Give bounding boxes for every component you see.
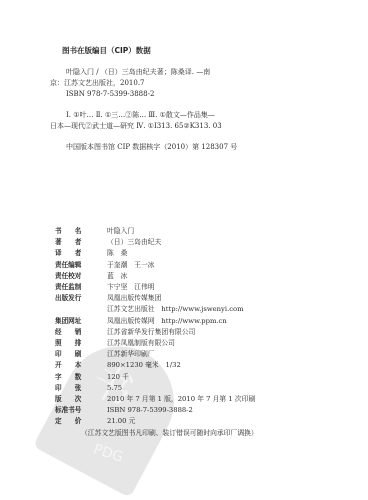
- watermark-text: PDG: [91, 441, 125, 466]
- row-word-count: 字 数120 千: [55, 372, 258, 383]
- value: 凤凰出版传媒网 http://www.ppm.cn: [107, 316, 227, 327]
- cip-block: 图书在版编目（CIP）数据 叶隐入门 / （日）三岛由纪夫著；陈桑译. —南 京…: [62, 45, 332, 153]
- label: 集团网址: [55, 316, 107, 327]
- value: ISBN 978-7-5399-3888-2: [107, 405, 193, 416]
- row-printer: 印 刷江苏新华印刷厂: [55, 349, 258, 360]
- cip-isbn: ISBN 978-7-5399-3888-2: [62, 89, 332, 100]
- row-typesetting: 照 排江苏凤凰制版有限公司: [55, 338, 258, 349]
- row-distributor: 经 销江苏省新华发行集团有限公司: [55, 327, 258, 338]
- value: 凤凰出版传媒集团: [107, 293, 161, 304]
- value: 江苏新华印刷厂: [107, 349, 155, 360]
- label: 定 价: [55, 416, 107, 427]
- label: [55, 304, 107, 315]
- label: 开 本: [55, 360, 107, 371]
- row-publisher: 出版发行凤凰出版传媒集团: [55, 293, 258, 304]
- copyright-block: 书 名叶隐入门 著 者（日）三岛由纪夫 译 者陈 桑 责任编辑于奎潮 王一冰 责…: [55, 226, 258, 439]
- value: 21.00 元: [107, 416, 135, 427]
- value: （日）三岛由纪夫: [107, 237, 161, 248]
- label: 出版发行: [55, 293, 107, 304]
- row-sheets: 印 张5.75: [55, 383, 258, 394]
- cip-number: 中国版本图书馆 CIP 数据核字（2010）第 128307 号: [62, 142, 332, 153]
- row-author: 著 者（日）三岛由纪夫: [55, 237, 258, 248]
- row-group-site: 集团网址凤凰出版传媒网 http://www.ppm.cn: [55, 316, 258, 327]
- label: 版 次: [55, 394, 107, 405]
- value: 于奎潮 王一冰: [107, 260, 155, 271]
- row-price: 定 价21.00 元: [55, 416, 258, 427]
- value: 卞宁坚 江伟明: [107, 282, 155, 293]
- value: 江苏凤凰制版有限公司: [107, 338, 175, 349]
- row-edition: 版 次2010 年 7 月第 1 版，2010 年 7 月第 1 次印刷: [55, 394, 258, 405]
- row-proofreader: 责任校对蓝 冰: [55, 271, 258, 282]
- label: 责任编辑: [55, 260, 107, 271]
- row-editor: 责任编辑于奎潮 王一冰: [55, 260, 258, 271]
- row-supervisor: 责任监制卞宁坚 江伟明: [55, 282, 258, 293]
- cip-entry-line1: 叶隐入门 / （日）三岛由纪夫著；陈桑译. —南: [62, 67, 332, 78]
- value: 5.75: [107, 383, 122, 394]
- cip-class-line2: 日本—现代②武士道—研究 Ⅳ. ①I313. 65②K313. 03: [50, 121, 332, 132]
- label: 印 张: [55, 383, 107, 394]
- value: 蓝 冰: [107, 271, 127, 282]
- label: 责任校对: [55, 271, 107, 282]
- row-format: 开 本890×1230 毫米 1/32: [55, 360, 258, 371]
- label: 书 名: [55, 226, 107, 237]
- label: 译 者: [55, 248, 107, 259]
- label: 印 刷: [55, 349, 107, 360]
- cip-entry-line2: 京：江苏文艺出版社，2010.7: [50, 78, 332, 89]
- value: 叶隐入门: [107, 226, 134, 237]
- label: 经 销: [55, 327, 107, 338]
- row-translator: 译 者陈 桑: [55, 248, 258, 259]
- label: 著 者: [55, 237, 107, 248]
- value: 2010 年 7 月第 1 版，2010 年 7 月第 1 次印刷: [107, 394, 255, 405]
- replacement-note: （江苏文艺版图书凡印刷、装订错误可随时向承印厂调换）: [55, 428, 258, 439]
- label: 责任监制: [55, 282, 107, 293]
- cip-class-line1: Ⅰ. ①叶… Ⅱ. ①三…②陈… Ⅲ. ①散文—作品集—: [62, 110, 332, 121]
- label: 字 数: [55, 372, 107, 383]
- value: 江苏省新华发行集团有限公司: [107, 327, 195, 338]
- label: 标准书号: [55, 405, 107, 416]
- row-title: 书 名叶隐入门: [55, 226, 258, 237]
- value: 890×1230 毫米 1/32: [107, 360, 181, 371]
- row-isbn: 标准书号ISBN 978-7-5399-3888-2: [55, 405, 258, 416]
- value: 陈 桑: [107, 248, 127, 259]
- value: 江苏文艺出版社 http://www.jswenyi.com: [107, 304, 244, 315]
- value: 120 千: [107, 372, 129, 383]
- label: 照 排: [55, 338, 107, 349]
- cip-title: 图书在版编目（CIP）数据: [62, 45, 332, 56]
- row-publisher-2: 江苏文艺出版社 http://www.jswenyi.com: [55, 304, 258, 315]
